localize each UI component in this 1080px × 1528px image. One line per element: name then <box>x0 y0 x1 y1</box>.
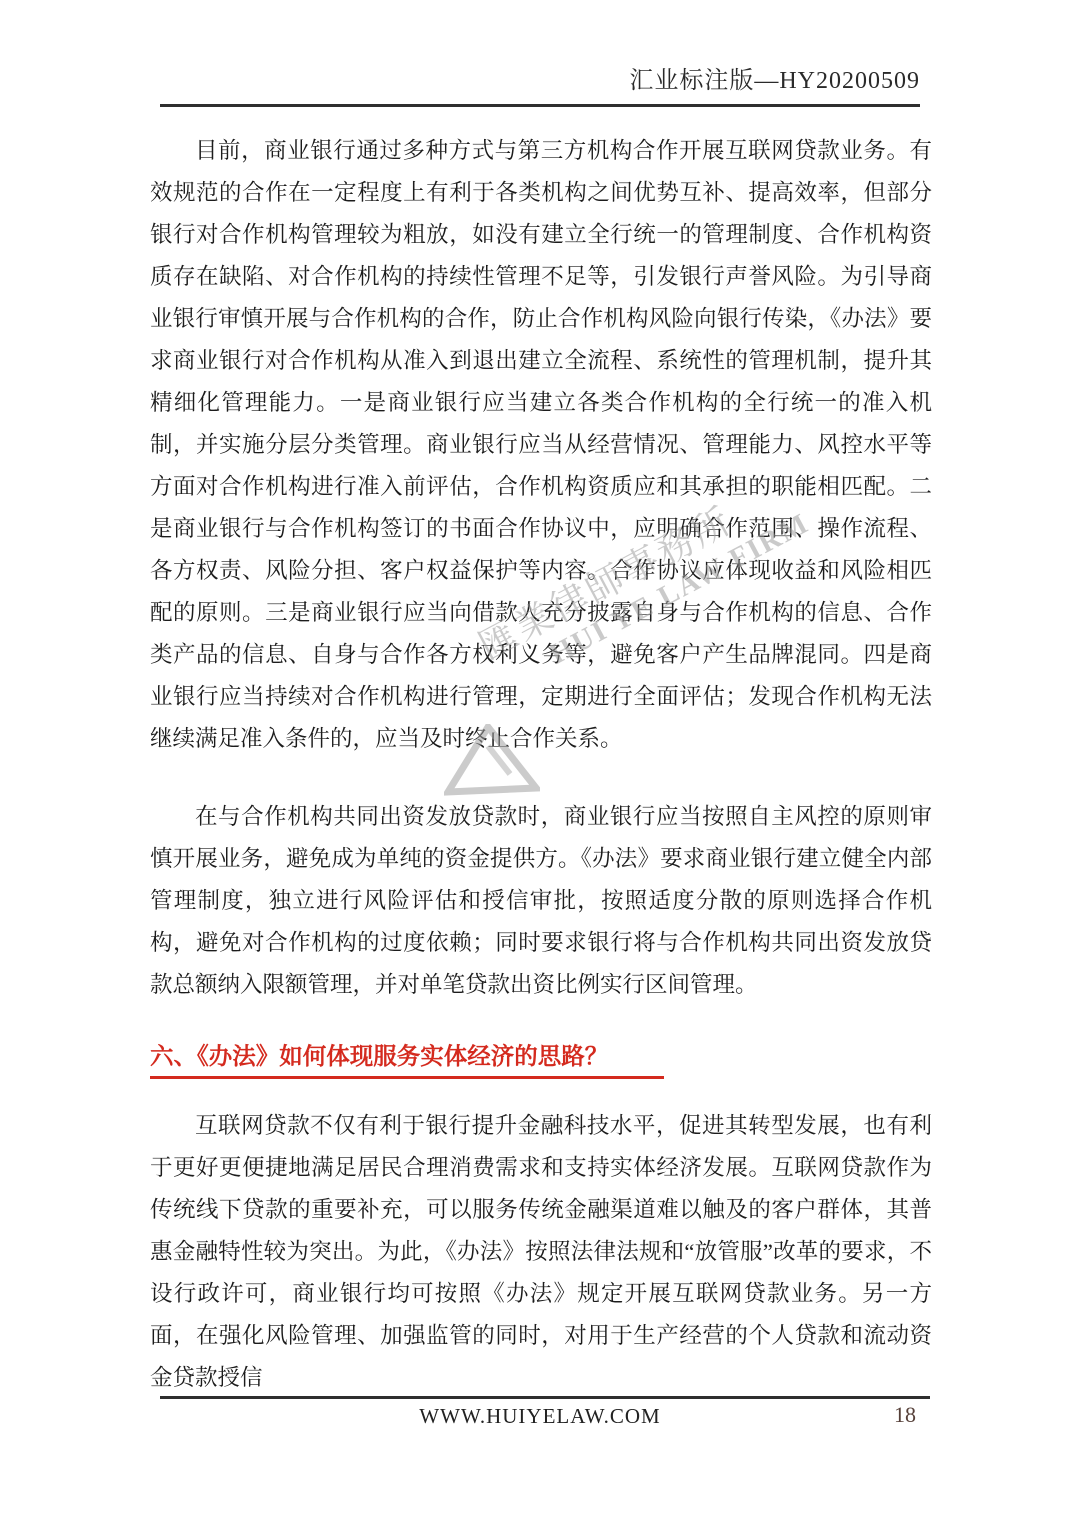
document-body: 目前，商业银行通过多种方式与第三方机构合作开展互联网贷款业务。有效规范的合作在一… <box>150 130 932 1435</box>
footer-website-url: WWW.HUIYELAW.COM <box>150 1404 930 1429</box>
footer-divider <box>160 1396 930 1399</box>
section-heading-six: 六、《办法》如何体现服务实体经济的思路？ <box>150 1042 932 1079</box>
page-number: 18 <box>880 1402 930 1428</box>
section-heading-text: 六、《办法》如何体现服务实体经济的思路？ <box>150 1042 664 1079</box>
document-page: 汇业标注版—HY20200509 目前，商业银行通过多种方式与第三方机构合作开展… <box>0 0 1080 1528</box>
paragraph-joint-funding: 在与合作机构共同出资发放贷款时，商业银行应当按照自主风控的原则审慎开展业务，避免… <box>150 796 932 1006</box>
paragraph-real-economy: 互联网贷款不仅有利于银行提升金融科技水平，促进其转型发展，也有利于更好更便捷地满… <box>150 1105 932 1399</box>
page-header-annotation: 汇业标注版—HY20200509 <box>160 60 920 107</box>
paragraph-cooperation-management: 目前，商业银行通过多种方式与第三方机构合作开展互联网贷款业务。有效规范的合作在一… <box>150 130 932 760</box>
